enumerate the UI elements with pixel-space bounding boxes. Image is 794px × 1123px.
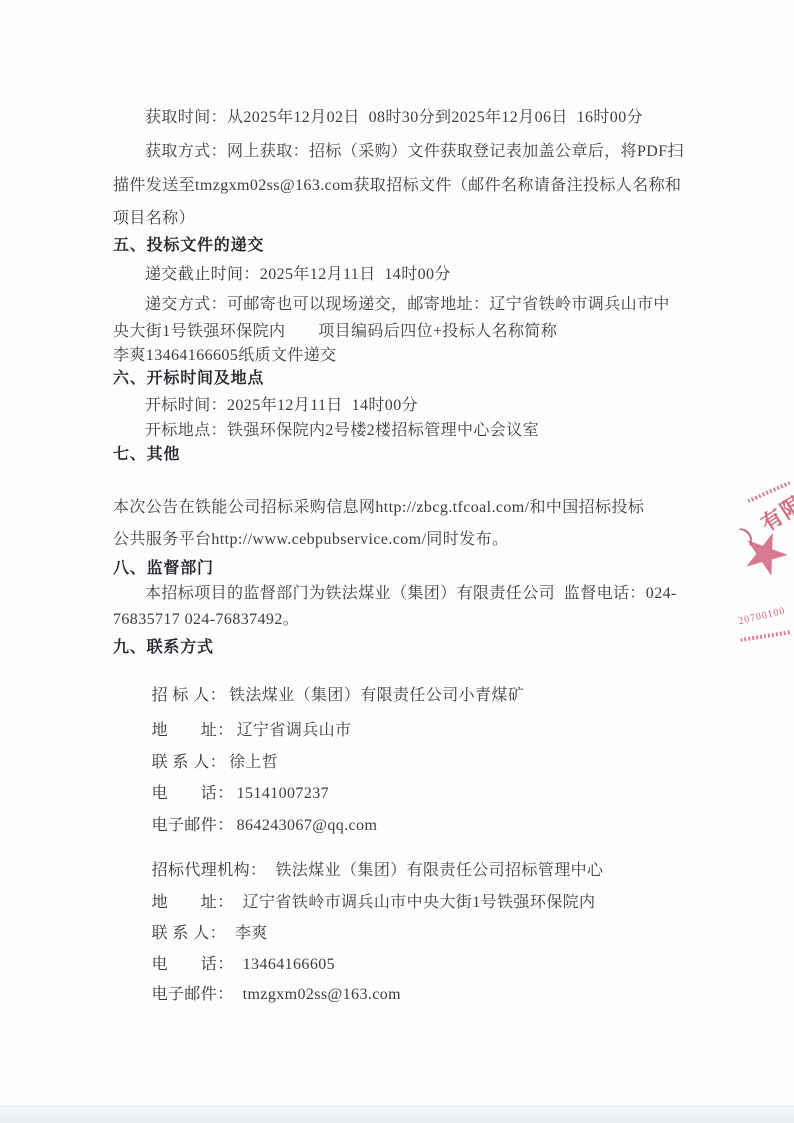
section9-heading: 九、联系方式 [113, 638, 214, 658]
section7-publish-line-1: 本次公告在铁能公司招标采购信息网http://zbcg.tfcoal.com/和… [113, 498, 644, 518]
section8-line-1: 本招标项目的监督部门为铁法煤业（集团）有限责任公司 监督电话：024- [145, 584, 677, 604]
section5-method-line-3: 李爽13464166605纸质文件递交 [113, 346, 337, 366]
seal-microtext-top [747, 481, 791, 503]
scanner-bottom-edge [0, 1106, 794, 1123]
acquisition-method-line-3: 项目名称） [113, 209, 195, 229]
section7-publish-line-2: 公共服务平台http://www.cebpubservice.com/同时发布。 [113, 530, 508, 550]
agency-address-value: 辽宁省铁岭市调兵山市中央大街1号铁强环保院内 [243, 894, 596, 911]
scanned-document-page: 获取时间：从2025年12月02日 08时30分到2025年12月06日 16时… [0, 0, 794, 1123]
section6-place-line: 开标地点：铁强环保院内2号楼2楼招标管理中心会议室 [145, 421, 539, 441]
tenderer-email-value: 864243067@qq.com [237, 817, 378, 834]
section7-heading: 七、其他 [113, 445, 180, 465]
acquisition-time-line: 获取时间：从2025年12月02日 08时30分到2025年12月06日 16时… [145, 108, 643, 128]
section5-heading: 五、投标文件的递交 [113, 236, 264, 256]
section5-deadline-line: 递交截止时间：2025年12月11日 14时00分 [145, 265, 451, 285]
seal-arc-text: ）有限 [738, 488, 794, 551]
official-seal-stamp: ）有限 ★ 20700100 [738, 478, 794, 656]
tenderer-email-label: 电子邮件： [152, 817, 234, 834]
section8-line-2: 76835717 024-76837492。 [113, 610, 299, 630]
seal-star-icon: ★ [738, 519, 794, 589]
section8-heading: 八、监督部门 [113, 559, 214, 579]
section5-method-line-2: 央大街1号铁强环保院内 项目编码后四位+投标人名称简称 [113, 322, 557, 342]
agency-email-value: tmzgxm02ss@163.com [243, 986, 401, 1003]
acquisition-method-line-1: 获取方式：网上获取：招标（采购）文件获取登记表加盖公章后，将PDF扫 [145, 142, 684, 162]
agency-email-label: 电子邮件： [152, 986, 234, 1003]
section5-method-line-1: 递交方式：可邮寄也可以现场递交，邮寄地址：辽宁省铁岭市调兵山市中 [145, 295, 670, 315]
section6-heading: 六、开标时间及地点 [113, 369, 264, 389]
seal-microtext-bottom [740, 630, 792, 642]
section6-time-line: 开标时间：2025年12月11日 14时00分 [145, 396, 418, 416]
seal-serial-number: 20700100 [738, 606, 787, 628]
agency-email-row: 电子邮件：tmzgxm02ss@163.com [134, 965, 401, 1025]
acquisition-method-line-2: 描件发送至tmzgxm02ss@163.com获取招标文件（邮件名称请备注投标人… [113, 176, 681, 196]
